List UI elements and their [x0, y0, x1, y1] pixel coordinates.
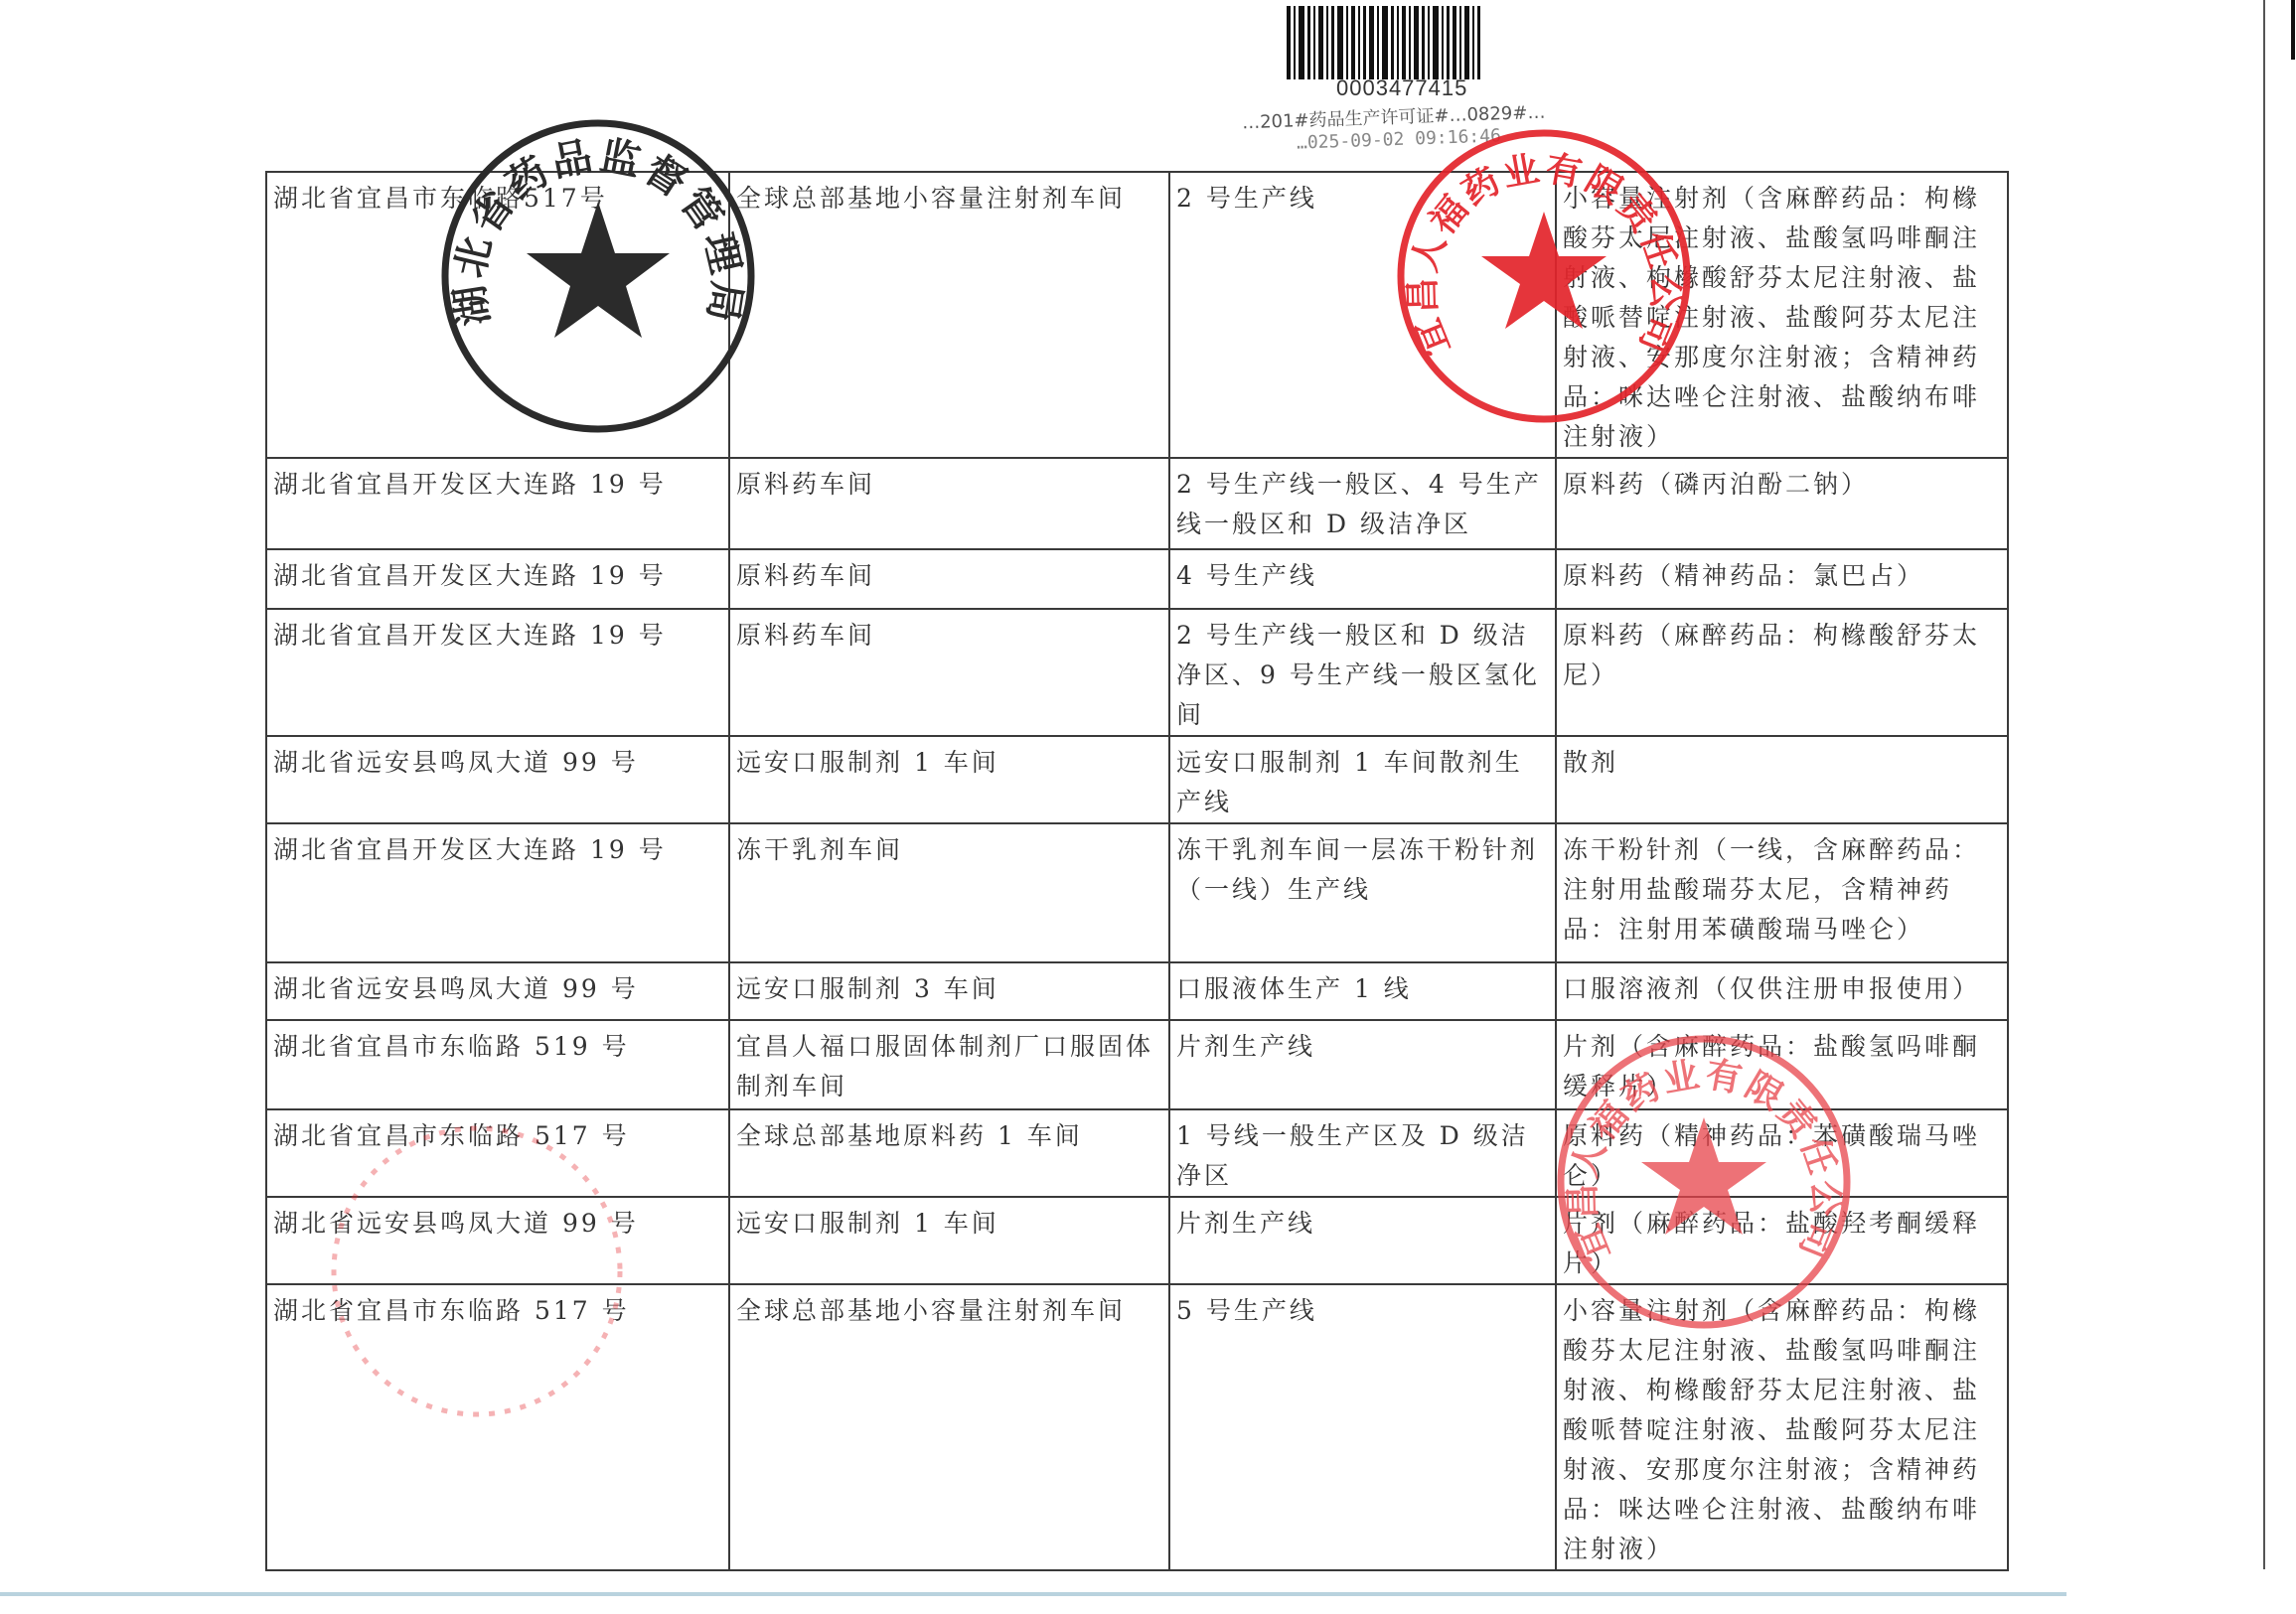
address-cell: 湖北省宜昌开发区大连路 19 号 — [266, 823, 729, 962]
production-line-cell: 片剂生产线 — [1169, 1020, 1556, 1109]
workshop-cell: 原料药车间 — [729, 609, 1169, 736]
production-scope-cell: 片剂（含麻醉药品：盐酸氢吗啡酮缓释片） — [1556, 1020, 2008, 1109]
production-scope-cell: 冻干粉针剂（一线，含麻醉药品：注射用盐酸瑞芬太尼，含精神药品：注射用苯磺酸瑞马唑… — [1556, 823, 2008, 962]
production-line-cell: 4 号生产线 — [1169, 549, 1556, 609]
production-line-cell: 1 号线一般生产区及 D 级洁净区 — [1169, 1109, 1556, 1197]
production-scope-cell: 原料药（磷丙泊酚二钠） — [1556, 458, 2008, 549]
workshop-cell: 全球总部基地小容量注射剂车间 — [729, 1284, 1169, 1570]
address-cell: 湖北省宜昌开发区大连路 19 号 — [266, 458, 729, 549]
table-row: 湖北省远安县鸣凤大道 99 号远安口服制剂 1 车间远安口服制剂 1 车间散剂生… — [266, 736, 2008, 823]
production-scope-cell: 小容量注射剂（含麻醉药品：枸橼酸芬太尼注射液、盐酸氢吗啡酮注射液、枸橼酸舒芬太尼… — [1556, 1284, 2008, 1570]
workshop-cell: 远安口服制剂 1 车间 — [729, 736, 1169, 823]
production-line-cell: 远安口服制剂 1 车间散剂生产线 — [1169, 736, 1556, 823]
address-cell: 湖北省宜昌市东临路 517 号 — [266, 1109, 729, 1197]
workshop-cell: 全球总部基地原料药 1 车间 — [729, 1109, 1169, 1197]
workshop-cell: 宜昌人福口服固体制剂厂口服固体制剂车间 — [729, 1020, 1169, 1109]
table-row: 湖北省宜昌开发区大连路 19 号原料药车间4 号生产线原料药（精神药品：氯巴占） — [266, 549, 2008, 609]
table-row: 湖北省宜昌开发区大连路 19 号原料药车间2 号生产线一般区和 D 级洁净区、9… — [266, 609, 2008, 736]
table-row: 湖北省宜昌市东临路 517 号全球总部基地原料药 1 车间1 号线一般生产区及 … — [266, 1109, 2008, 1197]
workshop-cell: 原料药车间 — [729, 549, 1169, 609]
production-line-cell: 2 号生产线一般区和 D 级洁净区、9 号生产线一般区氢化间 — [1169, 609, 1556, 736]
address-cell: 湖北省远安县鸣凤大道 99 号 — [266, 1197, 729, 1284]
barcode-icon — [1287, 6, 1483, 79]
production-scope-cell: 片剂（麻醉药品：盐酸羟考酮缓释片） — [1556, 1197, 2008, 1284]
workshop-cell: 远安口服制剂 1 车间 — [729, 1197, 1169, 1284]
scan-line — [0, 1592, 2066, 1596]
table-row: 湖北省远安县鸣凤大道 99 号远安口服制剂 3 车间口服液体生产 1 线口服溶液… — [266, 962, 2008, 1020]
table-row: 湖北省宜昌市东临路 517 号全球总部基地小容量注射剂车间5 号生产线小容量注射… — [266, 1284, 2008, 1570]
production-line-cell: 冻干乳剂车间一层冻干粉针剂（一线）生产线 — [1169, 823, 1556, 962]
production-line-cell: 2 号生产线 — [1169, 172, 1556, 458]
table-row: 湖北省宜昌开发区大连路 19 号原料药车间2 号生产线一般区、4 号生产线一般区… — [266, 458, 2008, 549]
barcode-label-sticker: 0003477415 …201#药品生产许可证#…0829#… …025-09-… — [1242, 0, 1639, 169]
barcode-number: 0003477415 — [1336, 75, 1467, 101]
address-cell: 湖北省远安县鸣凤大道 99 号 — [266, 736, 729, 823]
production-scope-cell: 原料药（精神药品：苯磺酸瑞马唑仑） — [1556, 1109, 2008, 1197]
address-cell: 湖北省宜昌市东临路 519 号 — [266, 1020, 729, 1109]
production-scope-cell: 口服溶液剂（仅供注册申报使用） — [1556, 962, 2008, 1020]
address-cell: 湖北省宜昌市东临路517号 — [266, 172, 729, 458]
production-scope-cell: 小容量注射剂（含麻醉药品：枸橼酸芬太尼注射液、盐酸氢吗啡酮注射液、枸橼酸舒芬太尼… — [1556, 172, 2008, 458]
production-line-cell: 5 号生产线 — [1169, 1284, 1556, 1570]
address-cell: 湖北省远安县鸣凤大道 99 号 — [266, 962, 729, 1020]
address-cell: 湖北省宜昌市东临路 517 号 — [266, 1284, 729, 1570]
page-edge — [2263, 0, 2265, 1569]
production-line-cell: 2 号生产线一般区、4 号生产线一般区和 D 级洁净区 — [1169, 458, 1556, 549]
production-line-cell: 片剂生产线 — [1169, 1197, 1556, 1284]
production-scope-table: 湖北省宜昌市东临路517号全球总部基地小容量注射剂车间2 号生产线小容量注射剂（… — [265, 171, 2009, 1571]
workshop-cell: 冻干乳剂车间 — [729, 823, 1169, 962]
scan-artifact — [2291, 0, 2295, 60]
table-row: 湖北省宜昌市东临路 519 号宜昌人福口服固体制剂厂口服固体制剂车间片剂生产线片… — [266, 1020, 2008, 1109]
address-cell: 湖北省宜昌开发区大连路 19 号 — [266, 609, 729, 736]
workshop-cell: 全球总部基地小容量注射剂车间 — [729, 172, 1169, 458]
production-scope-cell: 原料药（精神药品：氯巴占） — [1556, 549, 2008, 609]
table-row: 湖北省远安县鸣凤大道 99 号远安口服制剂 1 车间片剂生产线片剂（麻醉药品：盐… — [266, 1197, 2008, 1284]
table-row: 湖北省宜昌市东临路517号全球总部基地小容量注射剂车间2 号生产线小容量注射剂（… — [266, 172, 2008, 458]
address-cell: 湖北省宜昌开发区大连路 19 号 — [266, 549, 729, 609]
production-scope-cell: 散剂 — [1556, 736, 2008, 823]
workshop-cell: 原料药车间 — [729, 458, 1169, 549]
workshop-cell: 远安口服制剂 3 车间 — [729, 962, 1169, 1020]
table-row: 湖北省宜昌开发区大连路 19 号冻干乳剂车间冻干乳剂车间一层冻干粉针剂（一线）生… — [266, 823, 2008, 962]
production-scope-cell: 原料药（麻醉药品：枸橼酸舒芬太尼） — [1556, 609, 2008, 736]
production-line-cell: 口服液体生产 1 线 — [1169, 962, 1556, 1020]
